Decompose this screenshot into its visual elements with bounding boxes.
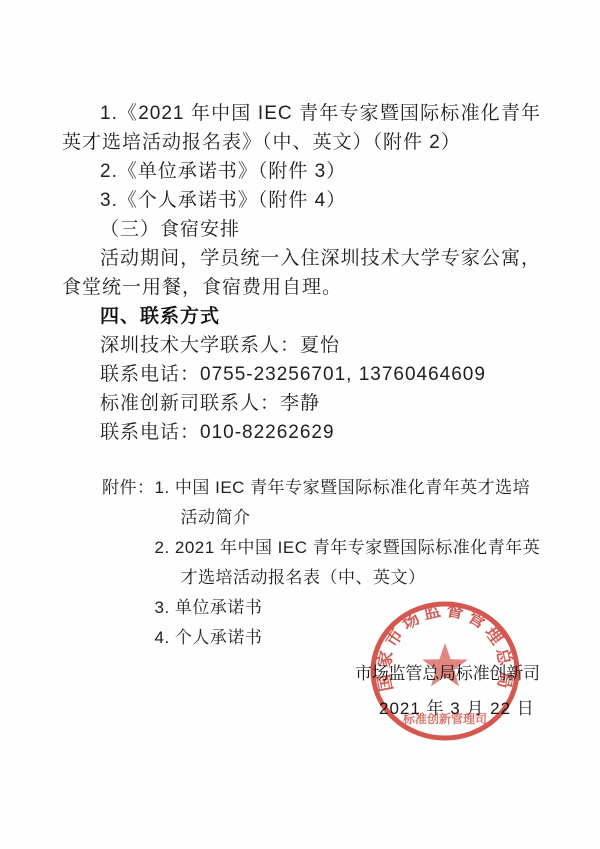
paragraph-attachment-ref-3: 3.《个人承诺书》（附件 4） <box>62 186 541 215</box>
paragraph-contact-heading: 四、联系方式 <box>62 302 541 331</box>
paragraph-section-lodging-heading: （三）食宿安排 <box>62 215 541 244</box>
paragraph-contact-person-2: 标准创新司联系人：李静 <box>62 389 541 418</box>
paragraph-attachment-ref-1: 1.《2021 年中国 IEC 青年专家暨国际标准化青年英才选培活动报名表》（中… <box>62 99 541 157</box>
seal-bottom-text: 标准创新管理司 <box>402 711 487 726</box>
paragraph-lodging-details: 活动期间，学员统一入住深圳技术大学专家公寓，食堂统一用餐，食宿费用自理。 <box>62 244 541 302</box>
seal-star-icon <box>422 643 468 686</box>
body-text: 1.《2021 年中国 IEC 青年专家暨国际标准化青年英才选培活动报名表》（中… <box>62 99 541 447</box>
attachment-item-2: 2. 2021 年中国 IEC 青年专家暨国际标准化青年英才选培活动报名表（中、… <box>155 533 545 593</box>
paragraph-contact-phone-2: 联系电话：010-82262629 <box>62 418 541 447</box>
official-seal: 国家市场监督管理总局 标准创新管理司 <box>369 601 523 747</box>
paragraph-contact-person-1: 深圳技术大学联系人：夏怡 <box>62 331 541 360</box>
document-page: 1.《2021 年中国 IEC 青年专家暨国际标准化青年英才选培活动报名表》（中… <box>0 0 600 849</box>
attachment-item-1: 1. 中国 IEC 青年专家暨国际标准化青年英才选培活动简介 <box>155 473 545 533</box>
attachments-label: 附件： <box>102 473 155 503</box>
official-seal-graphic: 国家市场监督管理总局 标准创新管理司 <box>369 601 523 747</box>
paragraph-attachment-ref-2: 2.《单位承诺书》（附件 3） <box>62 157 541 186</box>
paragraph-contact-phone-1: 联系电话：0755-23256701, 13760464609 <box>62 360 541 389</box>
